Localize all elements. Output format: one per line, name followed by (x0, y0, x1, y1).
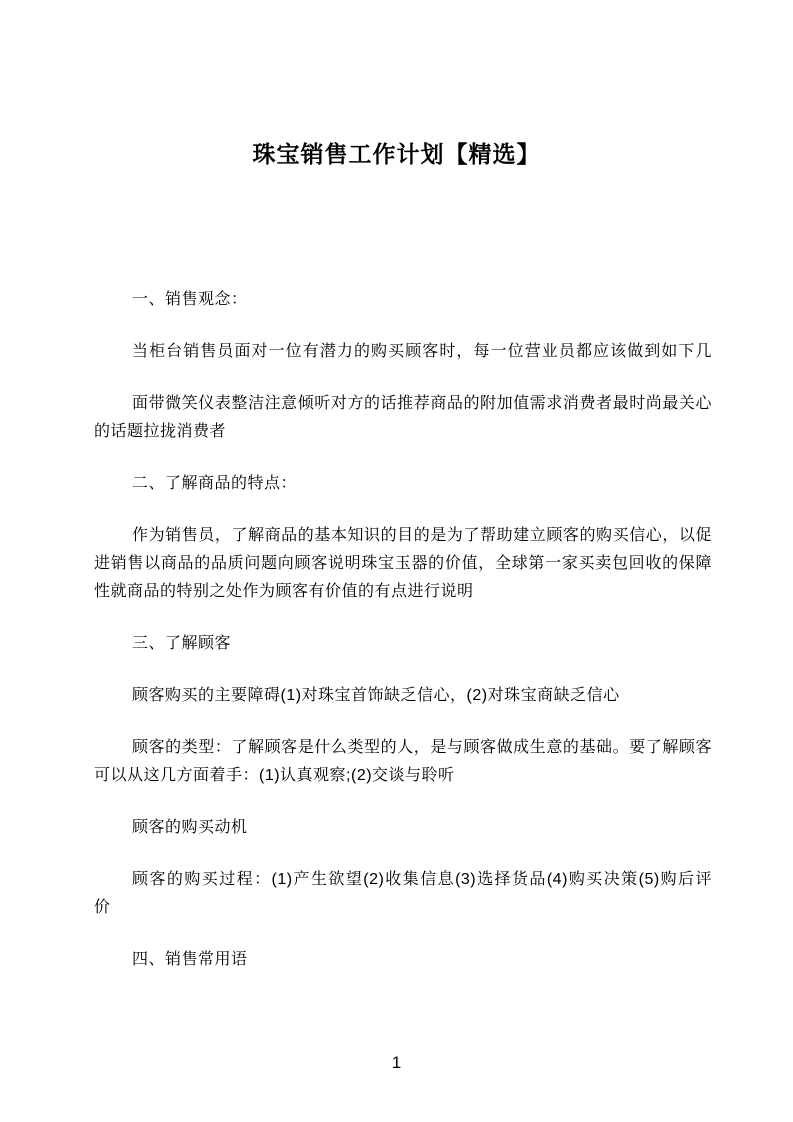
section-heading: 四、销售常用语 (94, 946, 712, 974)
paragraph: 顾客的购买过程：(1)产生欲望(2)收集信息(3)选择货品(4)购买决策(5)购… (94, 866, 712, 922)
document-body: 一、销售观念：当柜台销售员面对一位有潜力的购买顾客时，每一位营业员都应该做到如下… (94, 286, 712, 998)
text-line: 性就商品的特别之处作为顾客有价值的有点进行说明 (94, 578, 712, 606)
text-line: 顾客的类型：了解顾客是什么类型的人，是与顾客做成生意的基础。要了解顾客 (94, 734, 712, 762)
document-title: 珠宝销售工作计划【精选】 (0, 138, 793, 170)
document-page: 珠宝销售工作计划【精选】 一、销售观念：当柜台销售员面对一位有潜力的购买顾客时，… (0, 0, 793, 1122)
section-heading: 二、了解商品的特点： (94, 470, 712, 498)
text-line: 作为销售员，了解商品的基本知识的目的是为了帮助建立顾客的购买信心，以促 (94, 522, 712, 550)
text-line: 的话题拉拢消费者 (94, 418, 712, 446)
text-line: 二、了解商品的特点： (94, 470, 712, 498)
paragraph: 面带微笑仪表整洁注意倾听对方的话推荐商品的附加值需求消费者最时尚最关心的话题拉拢… (94, 390, 712, 446)
text-line: 当柜台销售员面对一位有潜力的购买顾客时，每一位营业员都应该做到如下几点： (94, 338, 712, 366)
text-line: 三、了解顾客 (94, 630, 712, 658)
text-line: 进销售以商品的品质问题向顾客说明珠宝玉器的价值，全球第一家买卖包回收的保障 (94, 550, 712, 578)
page-number: 1 (0, 1049, 793, 1077)
paragraph: 顾客的购买动机 (94, 814, 712, 842)
section-heading: 一、销售观念： (94, 286, 712, 314)
paragraph: 顾客购买的主要障碍(1)对珠宝首饰缺乏信心，(2)对珠宝商缺乏信心 (94, 682, 712, 710)
paragraph: 作为销售员，了解商品的基本知识的目的是为了帮助建立顾客的购买信心，以促进销售以商… (94, 522, 712, 606)
text-line: 价 (94, 894, 712, 922)
text-line: 四、销售常用语 (94, 946, 712, 974)
paragraph: 当柜台销售员面对一位有潜力的购买顾客时，每一位营业员都应该做到如下几点： (94, 338, 712, 366)
text-line: 面带微笑仪表整洁注意倾听对方的话推荐商品的附加值需求消费者最时尚最关心 (94, 390, 712, 418)
text-line: 顾客购买的主要障碍(1)对珠宝首饰缺乏信心，(2)对珠宝商缺乏信心 (94, 682, 712, 710)
paragraph: 顾客的类型：了解顾客是什么类型的人，是与顾客做成生意的基础。要了解顾客可以从这几… (94, 734, 712, 790)
text-line: 可以从这几方面着手：(1)认真观察;(2)交谈与聆听 (94, 762, 712, 790)
text-line: 顾客的购买过程：(1)产生欲望(2)收集信息(3)选择货品(4)购买决策(5)购… (94, 866, 712, 894)
text-line: 一、销售观念： (94, 286, 712, 314)
text-line: 顾客的购买动机 (94, 814, 712, 842)
section-heading: 三、了解顾客 (94, 630, 712, 658)
